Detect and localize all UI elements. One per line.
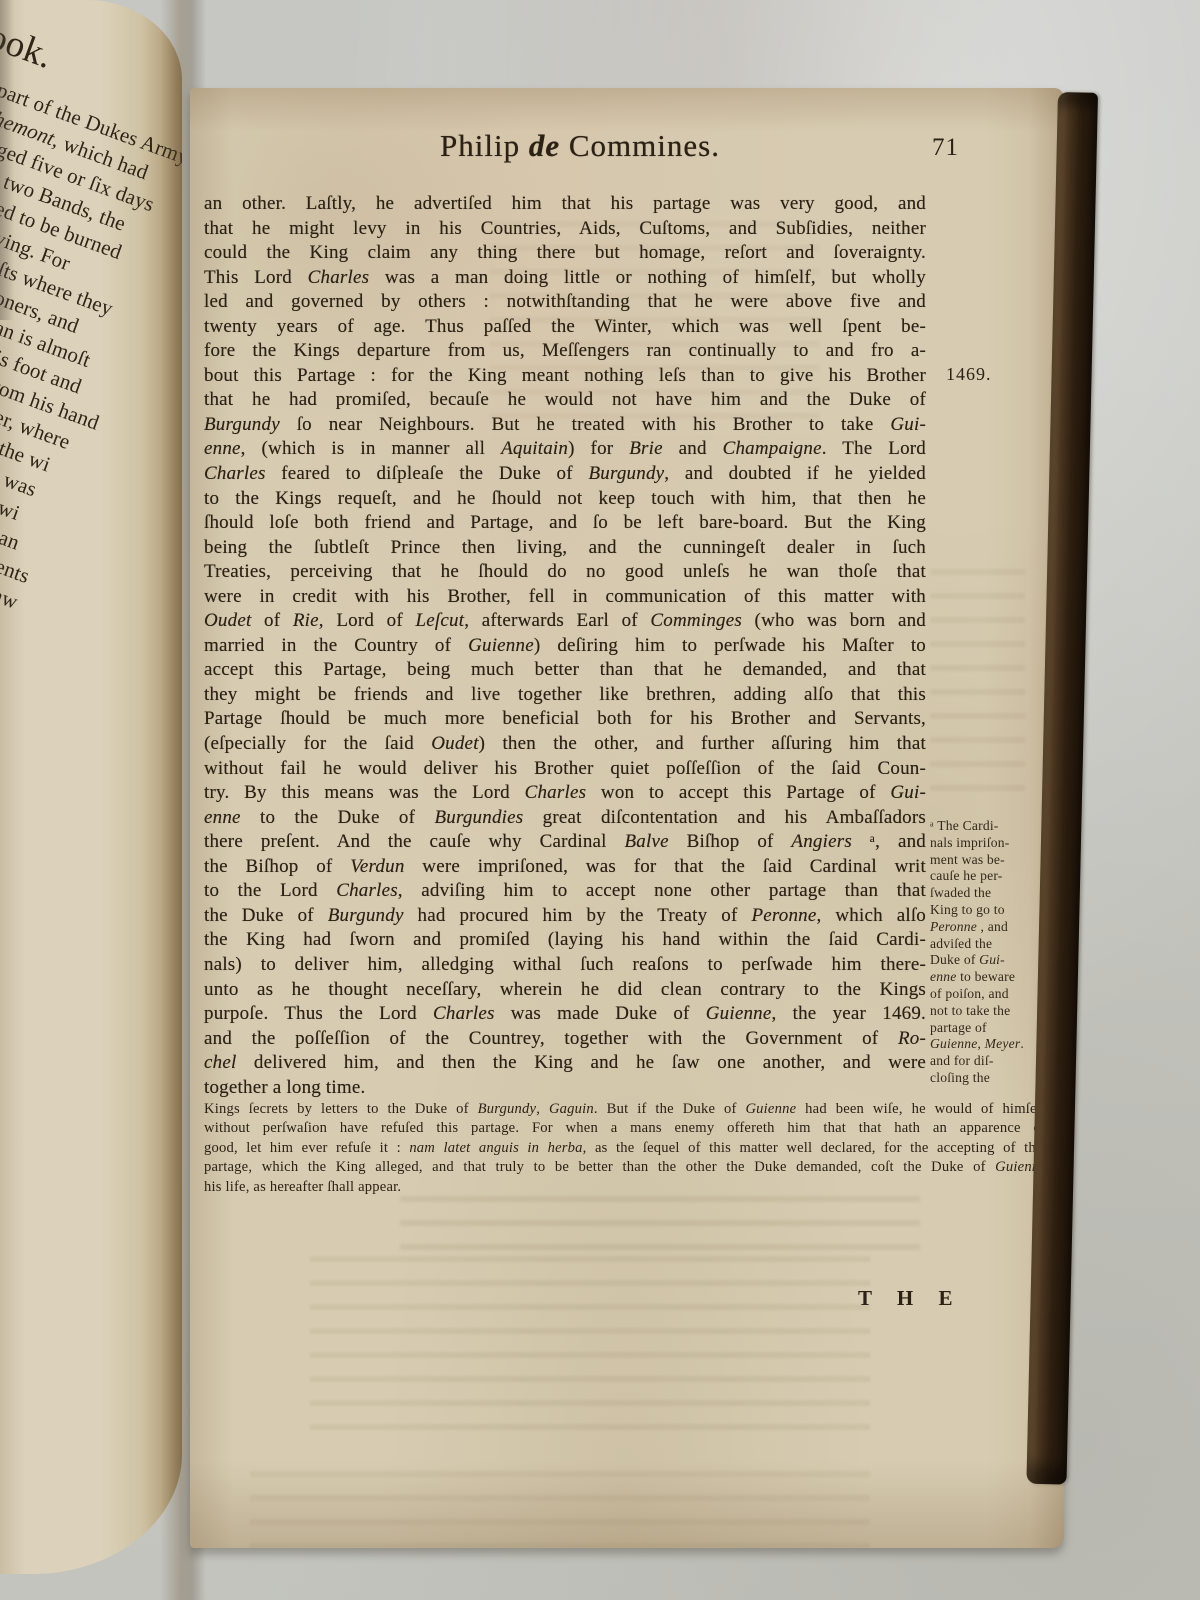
catchword: T H E — [858, 1286, 962, 1311]
text-line: bout this Partage : for the King meant n… — [204, 364, 926, 389]
text-line: without perſwaſion have refuſed this par… — [204, 1119, 1046, 1138]
text-line: could the King claim any thing there but… — [204, 241, 926, 266]
text-line: unto as he thought neceſſary, wherein he… — [204, 978, 926, 1003]
text-line: nals impriſon- — [930, 835, 1040, 852]
left-page-text: Book.e greateſt part of the Dukes Armyy … — [0, 0, 182, 1562]
text-line: nals) to deliver him, alledging withal ſ… — [204, 953, 926, 978]
right-page: Philip de Commines. 71 an other. Laſtly,… — [190, 88, 1064, 1548]
text-line: cauſe he per- — [930, 868, 1040, 885]
text-line: partage of — [930, 1020, 1040, 1037]
text-line: an other. Laſtly, he advertiſed him that… — [204, 192, 926, 217]
text-line: adviſed the — [930, 936, 1040, 953]
text-line: the Biſhop of Verdun were impriſoned, wa… — [204, 855, 926, 880]
text-line: led and governed by others : notwithſtan… — [204, 290, 926, 315]
text-line: there preſent. And the cauſe why Cardina… — [204, 830, 926, 855]
text-line: his life, as hereafter ſhall appear. — [204, 1178, 1046, 1197]
text-line: that he might levy in his Countries, Aid… — [204, 217, 926, 242]
text-line: (eſpecially for the ſaid Oudet) then the… — [204, 732, 926, 757]
text-line: Oudet of Rie, Lord of Leſcut, afterwards… — [204, 609, 926, 634]
title-roman: Philip — [440, 128, 529, 163]
show-through-text — [930, 556, 1025, 806]
text-line: the Duke of Burgundy had procured him by… — [204, 904, 926, 929]
text-line: Burgundy ſo near Neighbours. But he trea… — [204, 413, 926, 438]
text-line: that he had promiſed, becauſe he would n… — [204, 388, 926, 413]
text-line: enne to beware — [930, 969, 1040, 986]
book-photo-scene: Book.e greateſt part of the Dukes Armyy … — [0, 0, 1200, 1600]
text-line: chel delivered him, and then the King an… — [204, 1051, 926, 1076]
text-line: and for diſ- — [930, 1053, 1040, 1070]
text-line: Partage ſhould be much more beneficial b… — [204, 707, 926, 732]
text-line: enne, (which is in manner all Aquitain) … — [204, 437, 926, 462]
left-page-edge-shadow — [0, 0, 14, 320]
running-header: Philip de Commines. 71 — [190, 128, 1064, 174]
text-line: partage, which the King alleged, and tha… — [204, 1158, 1046, 1177]
text-line: cloſing the — [930, 1070, 1040, 1087]
text-line: the King had ſworn and promiſed (laying … — [204, 928, 926, 953]
text-line: accept this Partage, being much better t… — [204, 658, 926, 683]
text-line: enne to the Duke of Burgundies great diſ… — [204, 806, 926, 831]
text-line: of poiſon, and — [930, 986, 1040, 1003]
show-through-text — [250, 1458, 870, 1548]
text-line: Charles feared to diſpleaſe the Duke of … — [204, 462, 926, 487]
text-line: Duke of Gui- — [930, 952, 1040, 969]
text-line: Treaties, perceiving that he ſhould do n… — [204, 560, 926, 585]
text-line: to the Kings requeſt, and he ſhould not … — [204, 487, 926, 512]
text-line: Peronne , and — [930, 919, 1040, 936]
text-line: ſhould loſe both friend and Partage, and… — [204, 511, 926, 536]
text-line: together a long time. — [204, 1076, 926, 1101]
text-line: twenty years of age. Thus paſſed the Win… — [204, 315, 926, 340]
title-roman: Commines. — [560, 128, 720, 163]
text-line: they might be friends and live together … — [204, 683, 926, 708]
text-line: King to go to — [930, 902, 1040, 919]
text-line: ſwaded the — [930, 885, 1040, 902]
margin-year-note: 1469. — [946, 364, 992, 385]
left-page: Book.e greateſt part of the Dukes Armyy … — [0, 0, 182, 1574]
body-text: an other. Laſtly, he advertiſed him that… — [204, 192, 926, 1100]
text-line: to the Lord Charles, adviſing him to acc… — [204, 879, 926, 904]
page-number: 71 — [932, 134, 959, 162]
title-italic: de — [529, 128, 560, 163]
text-line: ment was be- — [930, 852, 1040, 869]
text-line: and the poſſeſſion of the Countrey, toge… — [204, 1027, 926, 1052]
text-line: Guienne, Meyer. — [930, 1036, 1040, 1053]
text-line: not to take the — [930, 1003, 1040, 1020]
text-line: This Lord Charles was a man doing little… — [204, 266, 926, 291]
text-line: good, let him ever refuſe it : nam latet… — [204, 1139, 1046, 1158]
text-line: Kings ſecrets by letters to the Duke of … — [204, 1100, 1046, 1119]
text-line: without fail he would deliver his Brothe… — [204, 757, 926, 782]
text-line: were in credit with his Brother, fell in… — [204, 585, 926, 610]
text-line: married in the Country of Guienne) deſir… — [204, 634, 926, 659]
footnote: Kings ſecrets by letters to the Duke of … — [204, 1100, 1046, 1197]
show-through-text — [310, 1243, 870, 1433]
text-line: purpoſe. Thus the Lord Charles was made … — [204, 1002, 926, 1027]
sidenote: ᵃ The Cardi-nals impriſon-ment was be-ca… — [930, 818, 1040, 1087]
text-line: ᵃ The Cardi- — [930, 818, 1040, 835]
text-line: being the ſubtleſt Prince then living, a… — [204, 536, 926, 561]
text-line: try. By this means was the Lord Charles … — [204, 781, 926, 806]
text-line: fore the Kings departure from us, Meſſen… — [204, 339, 926, 364]
page-title: Philip de Commines. — [360, 128, 800, 164]
